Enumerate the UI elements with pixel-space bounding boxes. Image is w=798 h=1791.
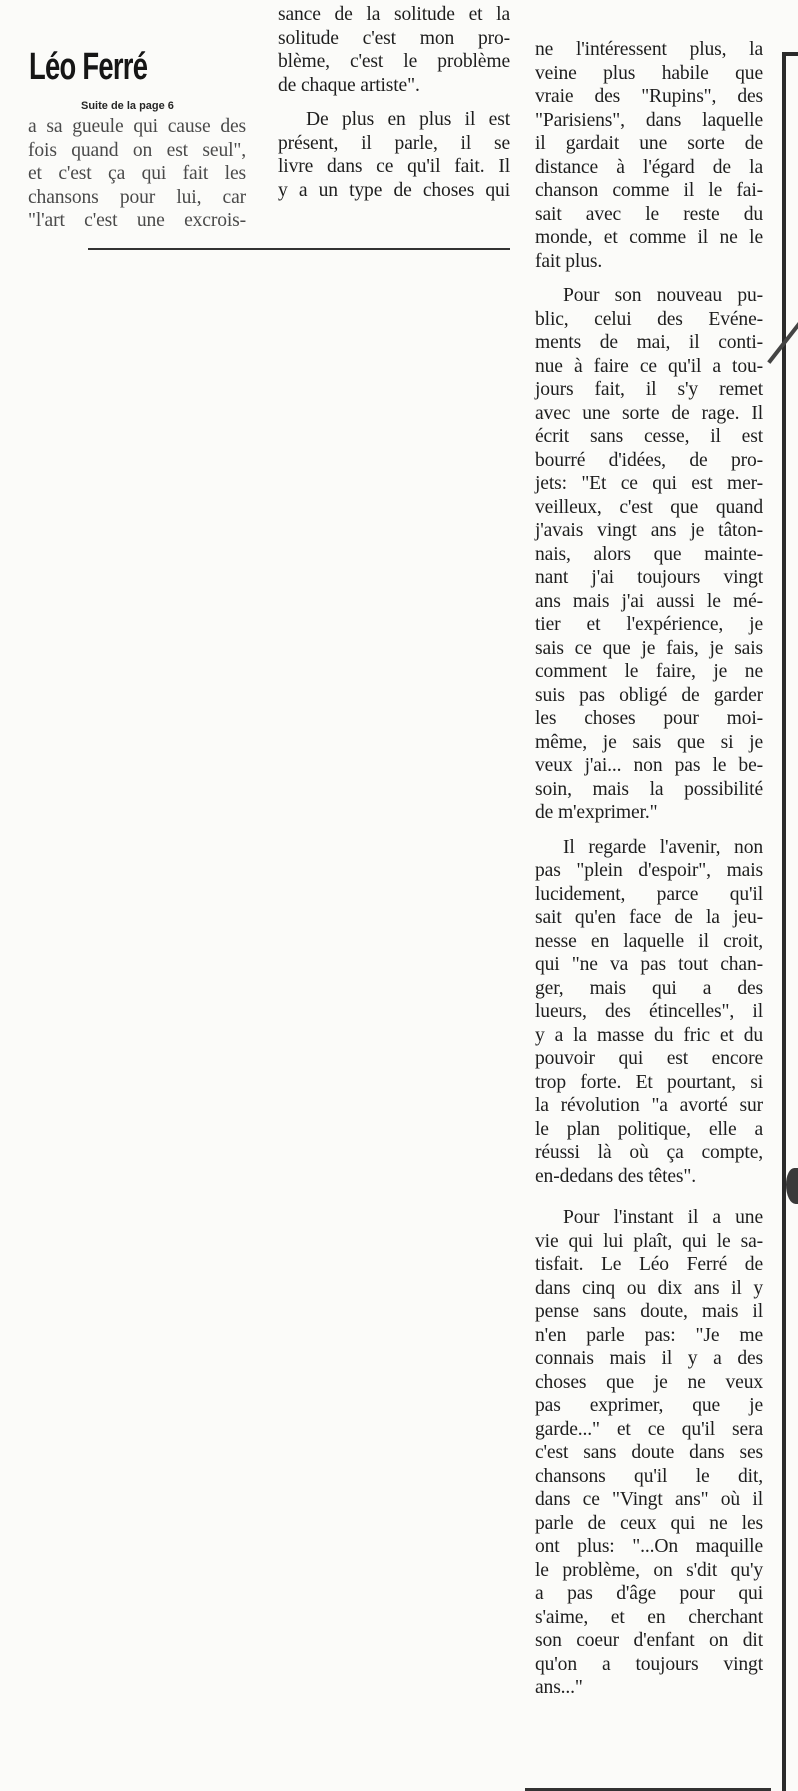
text-line: le problème, on s'dit qu'y <box>535 1559 763 1583</box>
text-line: sance de la solitude et la <box>278 3 510 27</box>
text-line: pas "plein d'espoir", mais <box>535 859 763 883</box>
text-line: veine plus habile que <box>535 62 763 86</box>
text-line: nant j'ai toujours vingt <box>535 566 763 590</box>
text-line: solitude c'est mon pro- <box>278 27 510 51</box>
text-line: tier et l'expérience, je <box>535 613 763 637</box>
text-line: vie qui lui plaît, qui le sa- <box>535 1230 763 1254</box>
text-line: monde, et comme il ne le <box>535 226 763 250</box>
paragraph: Pour l'instant il a une vie qui lui plaî… <box>535 1206 763 1700</box>
text-line: qui "ne va pas tout chan- <box>535 953 763 977</box>
text-line: nue à faire ce qu'il a tou- <box>535 355 763 379</box>
text-line: sais ce que je fais, je sais <box>535 637 763 661</box>
paragraph: ne l'intéressent plus, la veine plus hab… <box>535 38 763 273</box>
text-line: réussi là où ça compte, <box>535 1141 763 1165</box>
text-line: soin, mais la possibilité <box>535 778 763 802</box>
paragraph: sance de la solitude et la solitude c'es… <box>278 3 510 97</box>
text-line: ans..." <box>535 1676 763 1700</box>
text-line: lucidement, parce qu'il <box>535 883 763 907</box>
paragraph: De plus en plus il est présent, il parle… <box>278 108 510 202</box>
text-line: tisfait. Le Léo Ferré de <box>535 1253 763 1277</box>
text-line: lueurs, des étincelles", il <box>535 1000 763 1024</box>
text-line: y a un type de choses qui <box>278 179 510 203</box>
column-1: a sa gueule qui cause des fois quand on … <box>28 115 246 233</box>
column-rule <box>88 248 510 250</box>
text-line: Pour son nouveau pu- <box>535 284 763 308</box>
continuation-note: Suite de la page 6 <box>81 100 174 112</box>
column-3: ne l'intéressent plus, la veine plus hab… <box>535 38 763 1700</box>
text-line: de chaque artiste". <box>278 74 510 98</box>
text-line: même, je sais que si je <box>535 731 763 755</box>
text-line: jours fait, il s'y remet <box>535 378 763 402</box>
text-line: a pas d'âge pour qui <box>535 1582 763 1606</box>
text-line: avec une sorte de rage. Il <box>535 402 763 426</box>
text-line: écrit sans cesse, il est <box>535 425 763 449</box>
text-line: ne l'intéressent plus, la <box>535 38 763 62</box>
text-line: le plan politique, elle a <box>535 1118 763 1142</box>
text-line: j'avais vingt ans je tâton- <box>535 519 763 543</box>
column-2: sance de la solitude et la solitude c'es… <box>278 3 510 202</box>
text-line: c'est sans doute dans ses <box>535 1441 763 1465</box>
text-line: Pour l'instant il a une <box>535 1206 763 1230</box>
text-line: n'en parle pas: "Je me <box>535 1324 763 1348</box>
text-line: ans mais j'ai aussi le mé- <box>535 590 763 614</box>
text-line: sait qu'en face de la jeu- <box>535 906 763 930</box>
text-line: s'aime, et en cherchant <box>535 1606 763 1630</box>
text-line: connais mais il y a des <box>535 1347 763 1371</box>
text-line: comment le faire, je ne <box>535 660 763 684</box>
paragraph: Pour son nouveau pu- blic, celui des Evé… <box>535 284 763 825</box>
text-line: pense sans doute, mais il <box>535 1300 763 1324</box>
adjacent-box-border <box>782 52 786 1791</box>
text-line: jets: "Et ce qui est mer- <box>535 472 763 496</box>
text-line: nesse en laquelle il croit, <box>535 930 763 954</box>
text-line: qu'on a toujours vingt <box>535 1653 763 1677</box>
text-line: il gardait une sorte de <box>535 132 763 156</box>
text-line: son coeur d'enfant on dit <box>535 1629 763 1653</box>
text-line: Il regarde l'avenir, non <box>535 836 763 860</box>
text-line: chanson comme il le fai- <box>535 179 763 203</box>
text-line: blème, c'est le problème <box>278 50 510 74</box>
headline: Léo Ferré <box>29 46 147 89</box>
text-line: parle de ceux qui ne les <box>535 1512 763 1536</box>
text-line: dans cinq ou dix ans il y <box>535 1277 763 1301</box>
text-line: livre dans ce qu'il fait. Il <box>278 155 510 179</box>
text-line: fait plus. <box>535 250 763 274</box>
text-line: blic, celui des Evéne- <box>535 308 763 332</box>
text-line: "Parisiens", dans laquelle <box>535 109 763 133</box>
text-line: De plus en plus il est <box>278 108 510 132</box>
text-line: en-dedans des têtes". <box>535 1165 763 1189</box>
text-line: distance à l'égard de la <box>535 156 763 180</box>
text-line: garde..." et ce qu'il sera <box>535 1418 763 1442</box>
text-line: veux j'ai... non pas le be- <box>535 754 763 778</box>
text-line: trop forte. Et pourtant, si <box>535 1071 763 1095</box>
text-line: sait avec le reste du <box>535 203 763 227</box>
text-line: choses que je ne veux <box>535 1371 763 1395</box>
text-line: veilleux, c'est que quand <box>535 496 763 520</box>
text-line: présent, il parle, il se <box>278 132 510 156</box>
text-line: bourré d'idées, de pro- <box>535 449 763 473</box>
text-line: y a la masse du fric et du <box>535 1024 763 1048</box>
text-line: la révolution "a avorté sur <box>535 1094 763 1118</box>
text-line: a sa gueule qui cause des <box>28 115 246 139</box>
text-line: les choses pour moi- <box>535 707 763 731</box>
paragraph: Il regarde l'avenir, non pas "plein d'es… <box>535 836 763 1189</box>
text-line: dans ce "Vingt ans" où il <box>535 1488 763 1512</box>
text-line: chansons qu'il le dit, <box>535 1465 763 1489</box>
text-line: ments de mai, il conti- <box>535 331 763 355</box>
text-line: fois quand on est seul", <box>28 139 246 163</box>
text-line: pouvoir qui est encore <box>535 1047 763 1071</box>
text-line: ger, mais qui a des <box>535 977 763 1001</box>
text-line: vraie des "Rupins", des <box>535 85 763 109</box>
text-line: nais, alors que mainte- <box>535 543 763 567</box>
text-line: suis pas obligé de garder <box>535 684 763 708</box>
text-line: ont plus: "...On maquille <box>535 1535 763 1559</box>
text-line: chansons pour lui, car <box>28 186 246 210</box>
text-line: et c'est ça qui fait les <box>28 162 246 186</box>
text-line: de m'exprimer." <box>535 801 763 825</box>
text-line: pas exprimer, que je <box>535 1394 763 1418</box>
illustration-fragment <box>786 1168 798 1204</box>
text-line: "l'art c'est une excrois- <box>28 209 246 233</box>
